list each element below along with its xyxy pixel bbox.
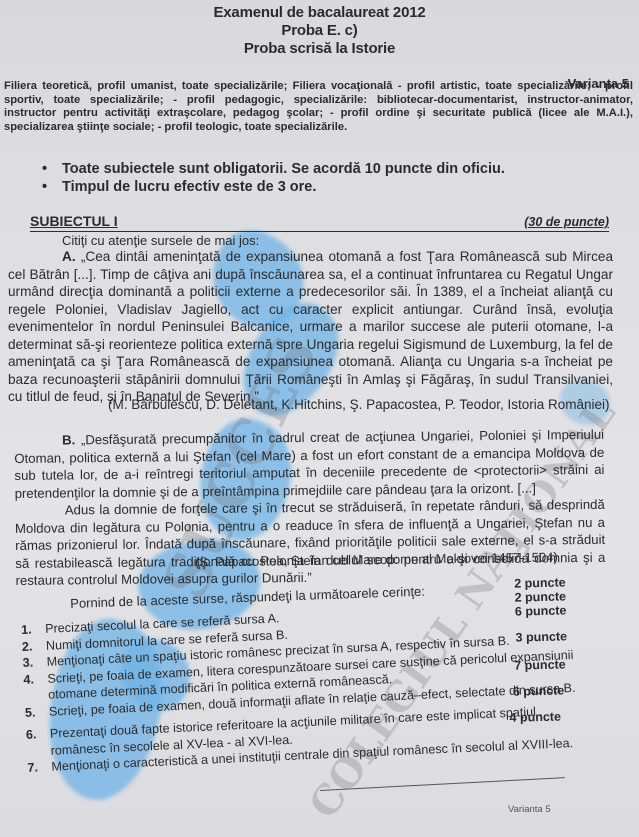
source-a-citation: (M. Bărbulescu, D. Deletant, K.Hitchins,… [108,397,610,412]
exam-title: Examenul de bacalaureat 2012 [0,4,639,22]
exam-test-name: Proba scrisă la Istorie [0,40,639,58]
source-b-paragraph: Adus la domnie de forţele care şi în tre… [15,496,606,590]
rule-item: Timpul de lucru efectiv este de 3 ore. [62,178,505,196]
requirements-list: 1.Precizaţi secolul la care se referă su… [20,579,587,777]
exam-page: SUCCES COLEGIUL NAŢIONAL Examenul de bac… [0,0,639,837]
source-a: A. „Cea dintâi ameninţată de expansiunea… [8,248,613,406]
source-a-text: „Cea dintâi ameninţată de expansiunea ot… [8,249,613,404]
rules-list: Toate subiectele sunt obligatorii. Se ac… [62,160,505,196]
filiera-text: Filiera teoretică, profil umanist, toate… [4,80,633,134]
footer-variant-label: Varianta 5 [508,804,551,815]
exam-header: Examenul de bacalaureat 2012 Proba E. c)… [0,4,639,58]
subject-points: (30 de puncte) [524,215,609,229]
source-b-label: B. [62,432,75,447]
subject-title: SUBIECTUL I [30,213,118,229]
source-a-label: A. [62,249,76,264]
subject-instruction: Citiţi cu atenţie sursele de mai jos: [62,233,259,248]
rule-item: Toate subiectele sunt obligatorii. Se ac… [62,160,505,178]
source-b-paragraph: „Desfăşurată precumpănitor în cadrul cre… [14,427,604,501]
subject-heading: SUBIECTUL I (30 de puncte) [30,213,609,232]
exam-subtitle: Proba E. c) [0,22,639,40]
